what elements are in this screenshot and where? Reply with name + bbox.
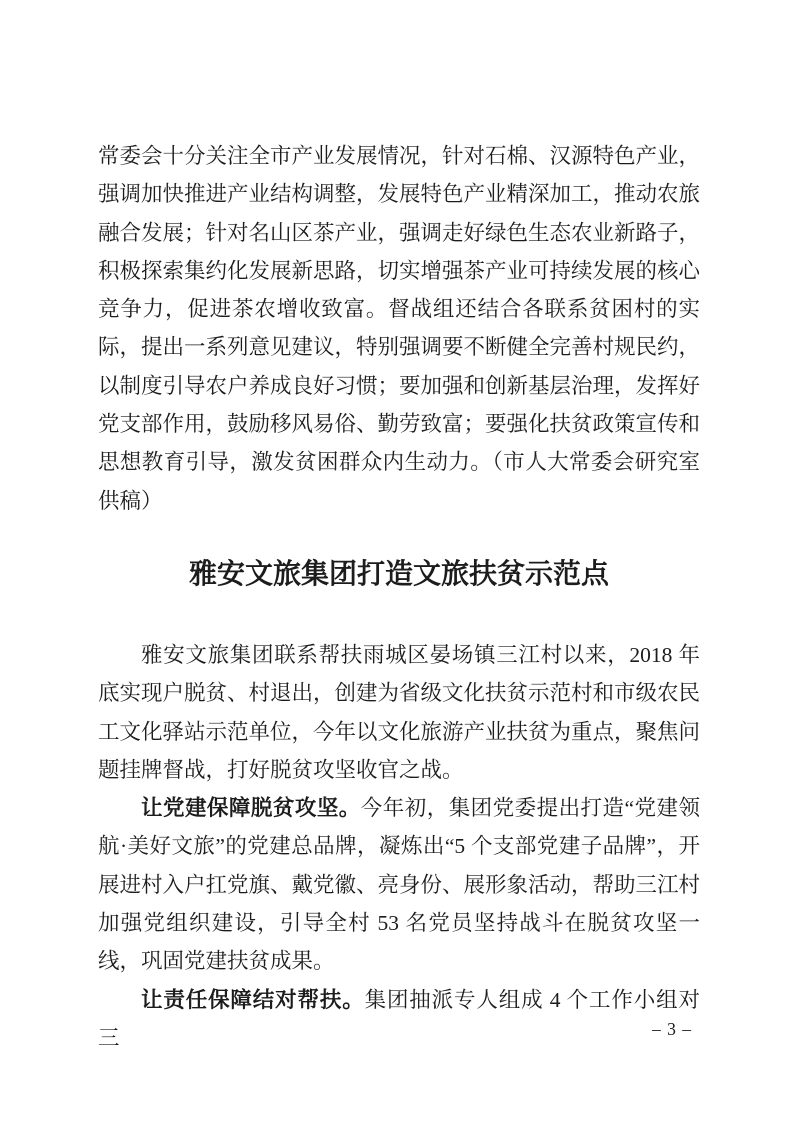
page-number: – 3 – xyxy=(652,1019,692,1039)
continuation-section: 常委会十分关注全市产业发展情况，针对石棉、汉源特色产业，强调加快推进产业结构调整… xyxy=(98,137,700,520)
document-page: 常委会十分关注全市产业发展情况，针对石棉、汉源特色产业，强调加快推进产业结构调整… xyxy=(0,0,793,1122)
article-paragraph: 雅安文旅集团联系帮扶雨城区晏场镇三江村以来，2018 年底实现户脱贫、村退出，创… xyxy=(98,636,700,789)
continuation-paragraph: 常委会十分关注全市产业发展情况，针对石棉、汉源特色产业，强调加快推进产业结构调整… xyxy=(98,137,700,520)
paragraph-text: 今年初，集团党委提出打造“党建领航·美好文旅”的党建总品牌，凝炼出“5 个支部党… xyxy=(98,796,700,973)
paragraph-lead: 让党建保障脱贫攻坚。 xyxy=(141,796,361,820)
article-body: 雅安文旅集团联系帮扶雨城区晏场镇三江村以来，2018 年底实现户脱贫、村退出，创… xyxy=(98,636,700,1057)
paragraph-lead: 让责任保障结对帮扶。 xyxy=(141,988,365,1012)
article-title: 雅安文旅集团打造文旅扶贫示范点 xyxy=(98,555,700,595)
article-paragraph: 让责任保障结对帮扶。集团抽派专人组成 4 个工作小组对三 xyxy=(98,981,700,1058)
article-paragraph: 让党建保障脱贫攻坚。今年初，集团党委提出打造“党建领航·美好文旅”的党建总品牌，… xyxy=(98,789,700,980)
paragraph-text: 雅安文旅集团联系帮扶雨城区晏场镇三江村以来，2018 年底实现户脱贫、村退出，创… xyxy=(98,643,700,782)
